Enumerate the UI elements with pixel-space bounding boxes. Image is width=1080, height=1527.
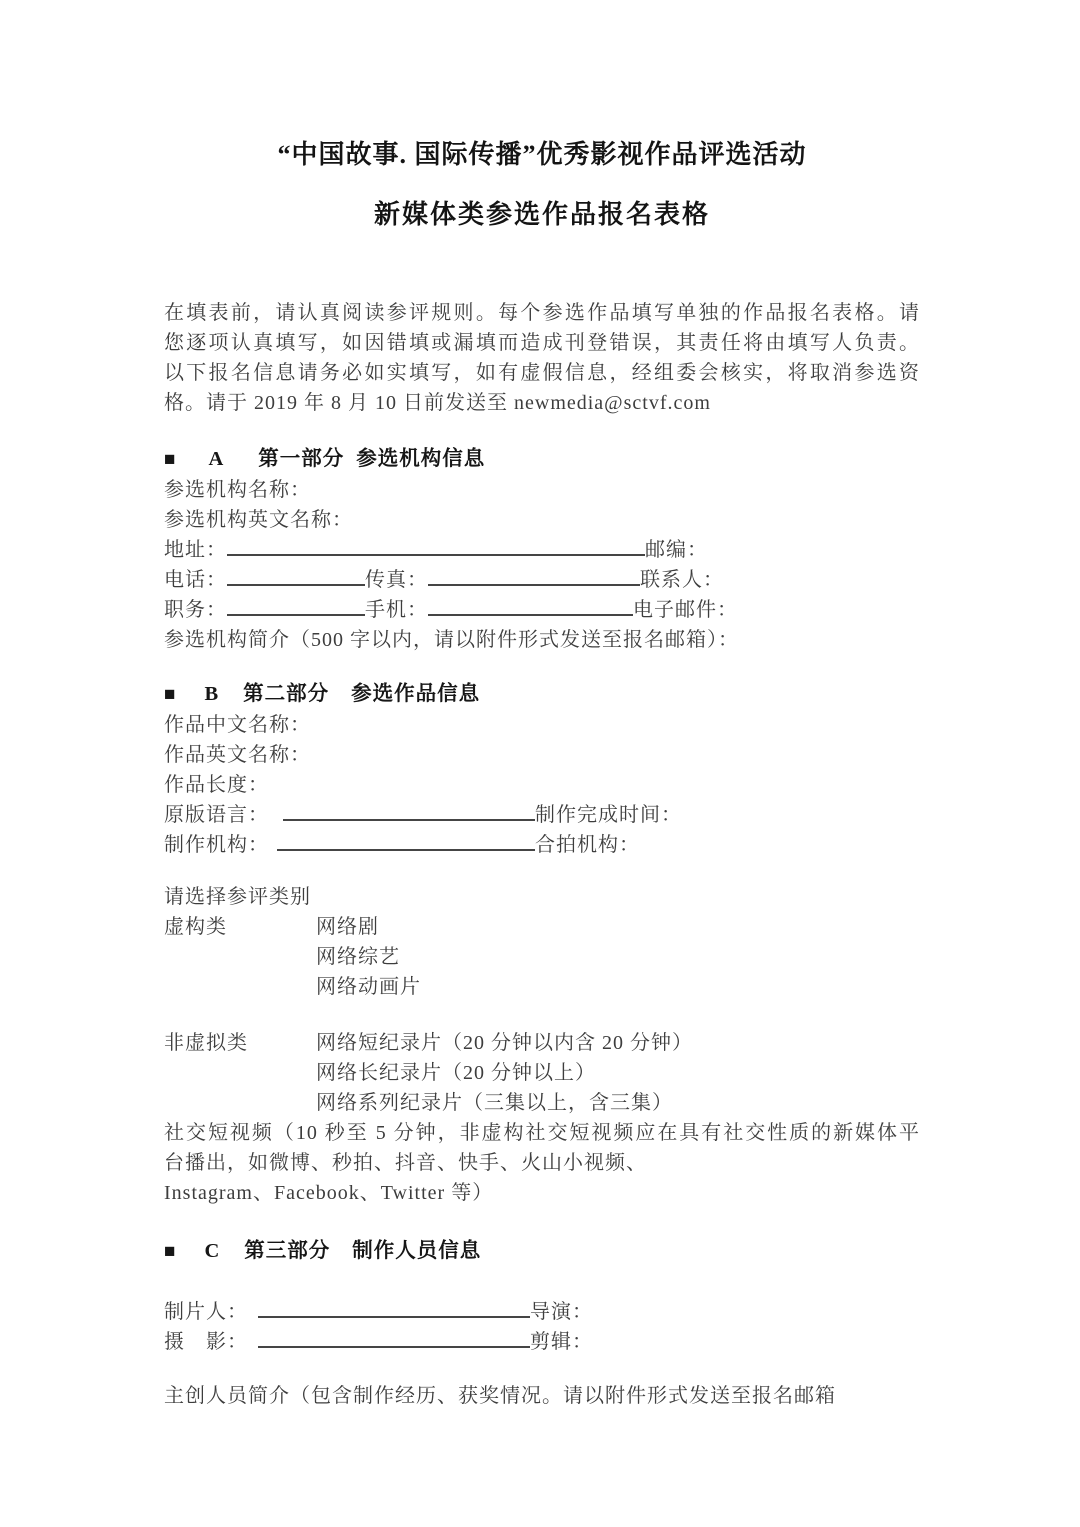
contact-label: 联系人：	[640, 569, 724, 591]
section-a-part-title: 第一部分	[258, 444, 344, 474]
editor-label: 剪辑：	[530, 1331, 593, 1353]
document-page: “中国故事. 国际传播”优秀影视作品评选活动 新媒体类参选作品报名表格 在填表前…	[0, 0, 1080, 1527]
document-title: “中国故事. 国际传播”优秀影视作品评选活动	[164, 138, 920, 172]
position-label: 职务：	[164, 599, 227, 621]
field-row-org-profile: 参选机构简介（500 字以内，请以附件形式发送至报名邮箱）：	[164, 625, 920, 655]
nonfiction-category-block: 非虚拟类网络短纪录片（20 分钟以内含 20 分钟） 网络长纪录片（20 分钟以…	[164, 1028, 920, 1118]
document-subtitle: 新媒体类参选作品报名表格	[164, 198, 920, 232]
category-indent	[164, 942, 316, 972]
section-c-header: ■ C 第三部分 制作人员信息	[164, 1236, 920, 1267]
crew-fields: 制片人：导演： 摄 影：剪辑：	[164, 1297, 920, 1357]
intro-line: 在填表前，请认真阅读参评规则。每个参选作品填写单独的作品报名表格。请	[164, 298, 920, 328]
address-blank-field[interactable]	[227, 554, 645, 556]
language-label: 原版语言：	[164, 804, 269, 826]
org-name-label: 参选机构名称：	[164, 479, 311, 501]
category-indent	[164, 1058, 316, 1088]
section-b-header: ■ B 第二部分 参选作品信息	[164, 679, 920, 710]
position-blank-field[interactable]	[227, 614, 365, 616]
section-a-title: 参选机构信息	[356, 444, 485, 474]
category-indent	[164, 1088, 316, 1118]
social-note-line: 社交短视频（10 秒至 5 分钟，非虚构社交短视频应在具有社交性质的新媒体平	[164, 1118, 920, 1148]
producer-blank-field[interactable]	[258, 1316, 530, 1318]
mobile-blank-field[interactable]	[428, 614, 633, 616]
director-label: 导演：	[530, 1301, 593, 1323]
nonfiction-category-label: 非虚拟类	[164, 1028, 316, 1058]
black-square-icon: ■	[164, 680, 176, 710]
phone-label: 电话：	[164, 569, 227, 591]
black-square-icon: ■	[164, 445, 176, 475]
category-option-web-animation: 网络动画片	[316, 972, 421, 1002]
photography-label: 摄 影：	[164, 1331, 248, 1353]
work-cn-label: 作品中文名称：	[164, 714, 311, 736]
section-b-title: 参选作品信息	[351, 679, 480, 709]
fax-label: 传真：	[365, 569, 428, 591]
social-short-video-note: 社交短视频（10 秒至 5 分钟，非虚构社交短视频应在具有社交性质的新媒体平 台…	[164, 1118, 920, 1208]
producer-label: 制片人：	[164, 1301, 248, 1323]
intro-line-deadline: 格。请于 2019 年 8 月 10 日前发送至 newmedia@sctvf.…	[164, 388, 920, 418]
section-c-letter: C	[204, 1236, 220, 1266]
social-note-line: 台播出，如微博、秒拍、抖音、快手、火山小视频、	[164, 1148, 920, 1178]
postcode-label: 邮编：	[645, 539, 708, 561]
section-c-part-title: 第三部分	[244, 1236, 330, 1266]
phone-blank-field[interactable]	[227, 584, 365, 586]
fax-blank-field[interactable]	[428, 584, 640, 586]
field-row-position-mobile: 职务：手机：电子邮件：	[164, 595, 920, 625]
work-en-label: 作品英文名称：	[164, 744, 311, 766]
producer-org-blank-field[interactable]	[277, 849, 535, 851]
field-row-work-en: 作品英文名称：	[164, 740, 920, 770]
org-name-en-label: 参选机构英文名称：	[164, 509, 353, 531]
co-producer-label: 合拍机构：	[535, 834, 640, 856]
mobile-label: 手机：	[365, 599, 428, 621]
field-row-work-cn: 作品中文名称：	[164, 710, 920, 740]
intro-paragraph: 在填表前，请认真阅读参评规则。每个参选作品填写单独的作品报名表格。请 您逐项认真…	[164, 298, 920, 418]
category-option-series-doc: 网络系列纪录片（三集以上，含三集）	[316, 1088, 673, 1118]
nonfiction-category-row: 非虚拟类网络短纪录片（20 分钟以内含 20 分钟）	[164, 1028, 920, 1058]
language-blank-field[interactable]	[283, 819, 535, 821]
document-content: “中国故事. 国际传播”优秀影视作品评选活动 新媒体类参选作品报名表格 在填表前…	[164, 0, 920, 1411]
photography-blank-field[interactable]	[258, 1346, 530, 1348]
fiction-category-row: 网络动画片	[164, 972, 920, 1002]
black-square-icon: ■	[164, 1237, 176, 1267]
field-row-org-name: 参选机构名称：	[164, 475, 920, 505]
address-label: 地址：	[164, 539, 227, 561]
section-a-letter: A	[208, 444, 224, 474]
nonfiction-category-row: 网络系列纪录片（三集以上，含三集）	[164, 1088, 920, 1118]
field-row-org-name-en: 参选机构英文名称：	[164, 505, 920, 535]
field-row-photography: 摄 影：剪辑：	[164, 1327, 920, 1357]
intro-line: 以下报名信息请务必如实填写，如有虚假信息，经组委会核实，将取消参选资	[164, 358, 920, 388]
fiction-category-row: 网络综艺	[164, 942, 920, 972]
field-row-producer-org: 制作机构：合拍机构：	[164, 830, 920, 860]
category-option-web-variety: 网络综艺	[316, 942, 400, 972]
field-row-phone-fax: 电话：传真：联系人：	[164, 565, 920, 595]
category-option-short-doc: 网络短纪录片（20 分钟以内含 20 分钟）	[316, 1028, 693, 1058]
producer-org-label: 制作机构：	[164, 834, 269, 856]
section-b-letter: B	[204, 679, 219, 709]
fiction-category-row: 虚构类网络剧	[164, 912, 920, 942]
org-profile-label: 参选机构简介（500 字以内，请以附件形式发送至报名邮箱）：	[164, 629, 739, 651]
field-row-address: 地址：邮编：	[164, 535, 920, 565]
email-label: 电子邮件：	[633, 599, 738, 621]
length-label: 作品长度：	[164, 774, 269, 796]
field-row-language: 原版语言：制作完成时间：	[164, 800, 920, 830]
category-option-long-doc: 网络长纪录片（20 分钟以上）	[316, 1058, 596, 1088]
category-indent	[164, 972, 316, 1002]
field-row-length: 作品长度：	[164, 770, 920, 800]
category-prompt: 请选择参评类别	[164, 882, 920, 912]
category-option-web-drama: 网络剧	[316, 912, 379, 942]
section-a-header: ■ A 第一部分 参选机构信息	[164, 444, 920, 475]
crew-profile-note: 主创人员简介（包含制作经历、获奖情况。请以附件形式发送至报名邮箱	[164, 1381, 920, 1411]
field-row-producer: 制片人：导演：	[164, 1297, 920, 1327]
fiction-category-label: 虚构类	[164, 912, 316, 942]
nonfiction-category-row: 网络长纪录片（20 分钟以上）	[164, 1058, 920, 1088]
social-note-line: Instagram、Facebook、Twitter 等）	[164, 1178, 920, 1208]
section-b-part-title: 第二部分	[243, 679, 329, 709]
completed-label: 制作完成时间：	[535, 804, 682, 826]
intro-line: 您逐项认真填写，如因错填或漏填而造成刊登错误，其责任将由填写人负责。	[164, 328, 920, 358]
section-c-title: 制作人员信息	[352, 1236, 481, 1266]
